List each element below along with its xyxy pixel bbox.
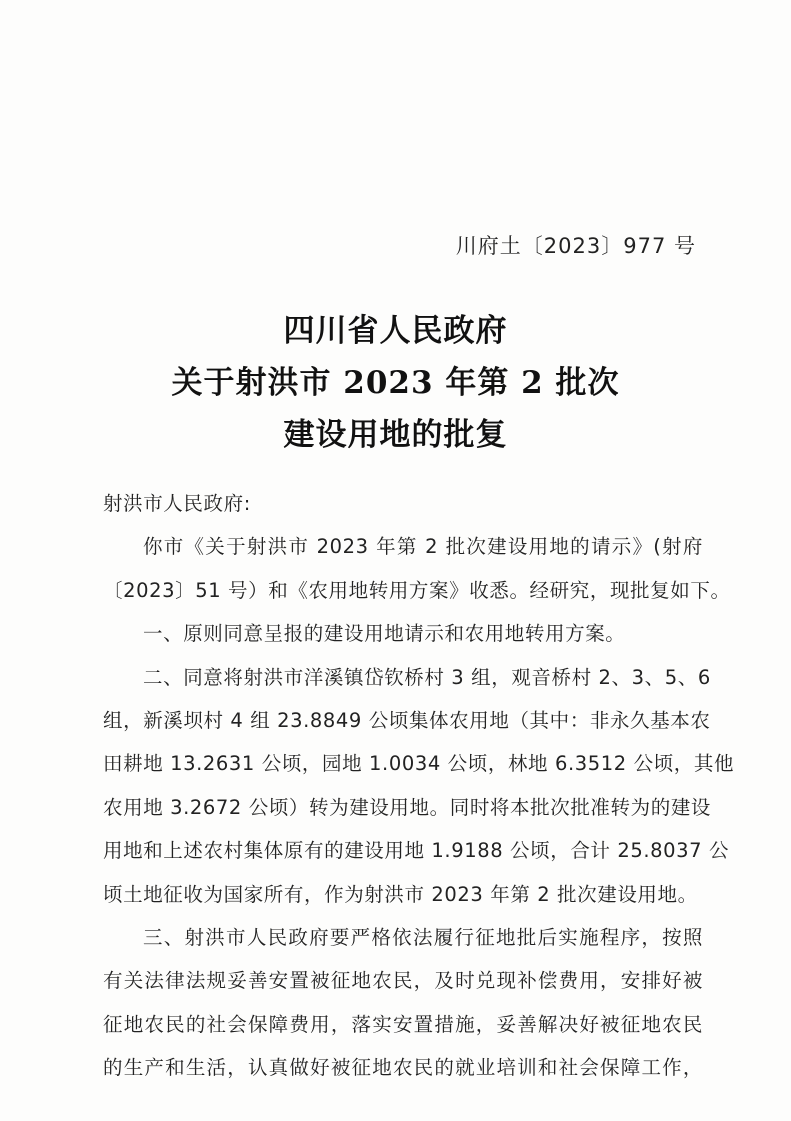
body-line: 〔2023〕51 号）和《农用地转用方案》收悉。经研究，现批复如下。 xyxy=(103,569,703,612)
body-line: 顷土地征收为国家所有，作为射洪市 2023 年第 2 批次建设用地。 xyxy=(103,873,703,916)
body-line: 用地和上述农村集体原有的建设用地 1.9188 公顷，合计 25.8037 公 xyxy=(103,829,703,872)
body-line: 一、原则同意呈报的建设用地请示和农用地转用方案。 xyxy=(103,612,703,655)
document-number: 川府土〔2023〕977 号 xyxy=(456,230,696,260)
body-line: 组，新溪坝村 4 组 23.8849 公顷集体农用地（其中：非永久基本农 xyxy=(103,699,703,742)
body-line: 二、同意将射洪市洋溪镇岱钦桥村 3 组，观音桥村 2、3、5、6 xyxy=(103,656,703,699)
body-line: 田耕地 13.2631 公顷，园地 1.0034 公顷，林地 6.3512 公顷… xyxy=(103,742,703,785)
body-line: 有关法律法规妥善安置被征地农民，及时兑现补偿费用，安排好被 xyxy=(103,959,703,1002)
title-line-2: 关于射洪市 2023 年第 2 批次 xyxy=(0,357,791,409)
body-line: 你市《关于射洪市 2023 年第 2 批次建设用地的请示》(射府 xyxy=(103,525,703,568)
document-body: 射洪市人民政府: 你市《关于射洪市 2023 年第 2 批次建设用地的请示》(射… xyxy=(103,482,703,1089)
title-line-3: 建设用地的批复 xyxy=(0,409,791,461)
document-title: 四川省人民政府 关于射洪市 2023 年第 2 批次 建设用地的批复 xyxy=(0,305,791,461)
addressee: 射洪市人民政府: xyxy=(103,482,703,525)
body-line: 征地农民的社会保障费用，落实安置措施，妥善解决好被征地农民 xyxy=(103,1003,703,1046)
body-line: 三、射洪市人民政府要严格依法履行征地批后实施程序，按照 xyxy=(103,916,703,959)
title-line-1: 四川省人民政府 xyxy=(0,305,791,357)
body-line: 的生产和生活，认真做好被征地农民的就业培训和社会保障工作， xyxy=(103,1046,703,1089)
body-line: 农用地 3.2672 公顷）转为建设用地。同时将本批次批准转为的建设 xyxy=(103,786,703,829)
document-page: 川府土〔2023〕977 号 四川省人民政府 关于射洪市 2023 年第 2 批… xyxy=(0,0,791,1121)
